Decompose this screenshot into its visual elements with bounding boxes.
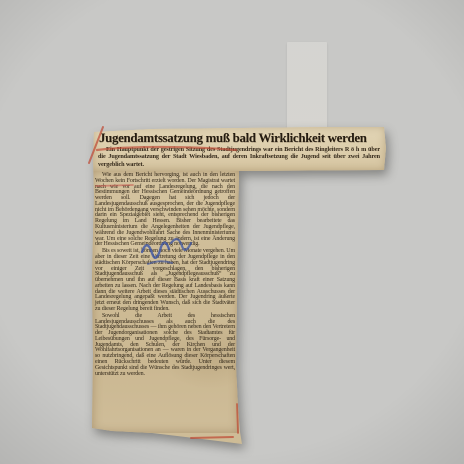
article-paragraph-2: Bis es soweit ist, können noch viele Mon… — [95, 249, 235, 313]
mounting-strip — [287, 42, 327, 135]
article-body: Wie aus dem Bericht hervorging, ist auch… — [95, 173, 235, 378]
article-subhead: Ein Hauptpunkt der gestrigen Sitzung des… — [98, 146, 380, 168]
article-headline: Jugendamtssatzung muß bald Wirklichkeit … — [99, 130, 382, 146]
article-paragraph-1: Wie aus dem Bericht hervorging, ist auch… — [95, 173, 235, 248]
photo-of-newspaper-clipping: { "article": { "headline": "Jugendamtssa… — [0, 0, 464, 464]
article-paragraph-3: Sowohl die Arbeit des hessischen Landesj… — [95, 314, 235, 378]
newspaper-clipping: Jugendamtssatzung muß bald Wirklichkeit … — [92, 126, 388, 448]
clipping-paper: Jugendamtssatzung muß bald Wirklichkeit … — [92, 126, 388, 448]
